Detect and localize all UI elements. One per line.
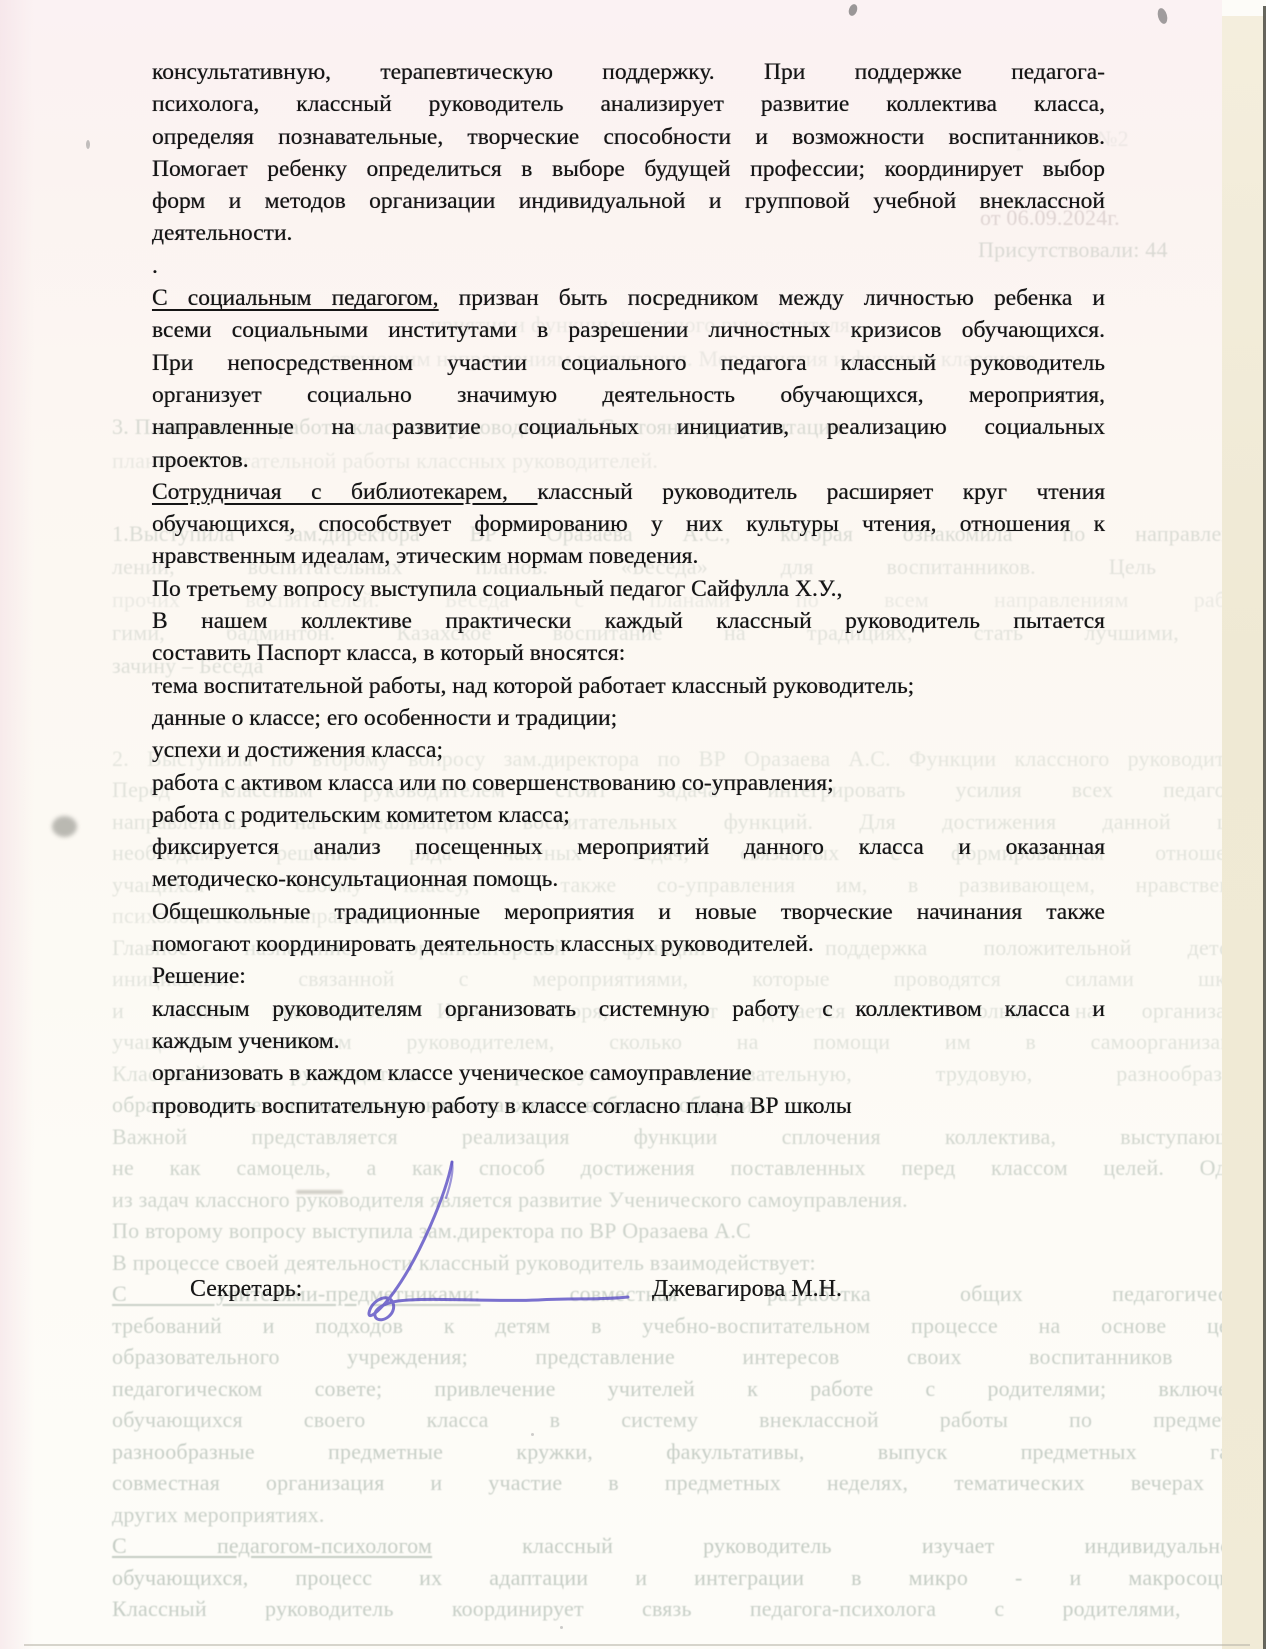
bleed-through-line: разнообразные предметные кружки, факульт… [112, 1439, 1262, 1465]
document-text-line: Помогает ребенку определиться в выборе б… [152, 153, 1105, 185]
document-text-line: консультативную, терапевтическую поддерж… [152, 56, 1105, 88]
scan-bottom-edge [24, 1644, 1250, 1646]
document-text-line: определяя познавательные, творческие спо… [152, 121, 1105, 153]
bleed-through-line: Важной представляется реализация функции… [112, 1124, 1262, 1150]
scan-edge-margin [1266, 0, 1274, 1649]
scan-edge-strip [1222, 16, 1264, 1649]
scan-speck [531, 1433, 534, 1436]
bleed-through-line: обучающихся, процесс их адаптации и инте… [112, 1565, 1262, 1591]
document-text-line: организует социально значимую деятельнос… [152, 379, 1105, 411]
document-text-line: проектов. [152, 444, 1105, 476]
underlined-phrase: С социальным педагогом, [152, 285, 439, 311]
bleed-through-line: педагогическом совете; привлечение учите… [112, 1376, 1262, 1402]
document-text-line: При непосредственном участии социального… [152, 347, 1105, 379]
document-text-line: организовать в каждом классе ученическое… [152, 1057, 1105, 1089]
bleed-through-line: не как самоцель, а как способ достижения… [112, 1155, 1262, 1181]
bleed-through-line: требований и подходов к детям в учебно-в… [112, 1313, 1262, 1339]
document-text-line: . [152, 250, 1105, 282]
document-text-line: С социальным педагогом, призван быть пос… [152, 282, 1105, 314]
bleed-through-line: Классный руководитель координирует связь… [112, 1596, 1262, 1622]
scan-edge-top [1222, 0, 1266, 16]
bleed-through-line: совместная организация и участие в предм… [112, 1470, 1262, 1496]
scanned-document-page: Протокол №2от 06.09.2024г.Присутствовали… [0, 0, 1274, 1649]
document-text-line: деятельности. [152, 217, 1105, 249]
document-text-line: По третьему вопросу выступила социальный… [152, 573, 1105, 605]
document-text-line: обучающихся, способствует формированию у… [152, 508, 1105, 540]
document-text-line: Решение: [152, 960, 1105, 992]
document-text-line: форм и методов организации индивидуально… [152, 185, 1105, 217]
document-text-line: успехи и достижения класса; [152, 734, 1105, 766]
document-text-line: каждым учеником. [152, 1025, 1105, 1057]
underlined-phrase: Сотрудничая с библиотекарем, [152, 479, 537, 505]
handwritten-signature [338, 1152, 648, 1337]
document-text-line: работа с родительским комитетом класса; [152, 799, 1105, 831]
document-text-line: классным руководителям организовать сист… [152, 993, 1105, 1025]
document-text-line: нравственным идеалам, этическим нормам п… [152, 540, 1105, 572]
document-text-line: тема воспитательной работы, над которой … [152, 670, 1105, 702]
secretary-name: Джевагирова М.Н. [652, 1276, 842, 1303]
document-text-line: методическо-консультационная помощь. [152, 863, 1105, 895]
document-text-line: данные о классе; его особенности и тради… [152, 702, 1105, 734]
bleed-through-line: обучающихся своего класса в систему внек… [112, 1407, 1262, 1433]
document-text-line: помогают координировать деятельность кла… [152, 928, 1105, 960]
document-text-line: Общешкольные традиционные мероприятия и … [152, 896, 1105, 928]
document-body-text: консультативную, терапевтическую поддерж… [152, 56, 1105, 1122]
bleed-through-line: других мероприятиях. [112, 1502, 325, 1528]
underlined-phrase: С педагогом-психологом [112, 1533, 432, 1558]
bleed-through-line: образовательного учреждения; представлен… [112, 1344, 1262, 1370]
scan-smudge [296, 1190, 343, 1194]
document-text-line: В нашем коллективе практически каждый кл… [152, 605, 1105, 637]
document-text-line: направленные на развитие социальных иниц… [152, 411, 1105, 443]
scan-speck [86, 140, 90, 149]
document-text-line: всеми социальными институтами в разрешен… [152, 314, 1105, 346]
document-text-line: проводить воспитательную работу в классе… [152, 1090, 1105, 1122]
document-text-line: Сотрудничая с библиотекарем, классный ру… [152, 476, 1105, 508]
bleed-through-line: С педагогом-психологом классный руководи… [112, 1533, 1262, 1559]
scan-speck [560, 1626, 563, 1629]
scan-speck [205, 618, 208, 622]
document-text-line: психолога, классный руководитель анализи… [152, 88, 1105, 120]
document-text-line: работа с активом класса или по совершенс… [152, 767, 1105, 799]
scan-smudge [52, 816, 77, 837]
document-text-line: фиксируется анализ посещенных мероприяти… [152, 831, 1105, 863]
document-text-line: составить Паспорт класса, в который внос… [152, 637, 1105, 669]
secretary-label: Секретарь: [190, 1276, 302, 1303]
